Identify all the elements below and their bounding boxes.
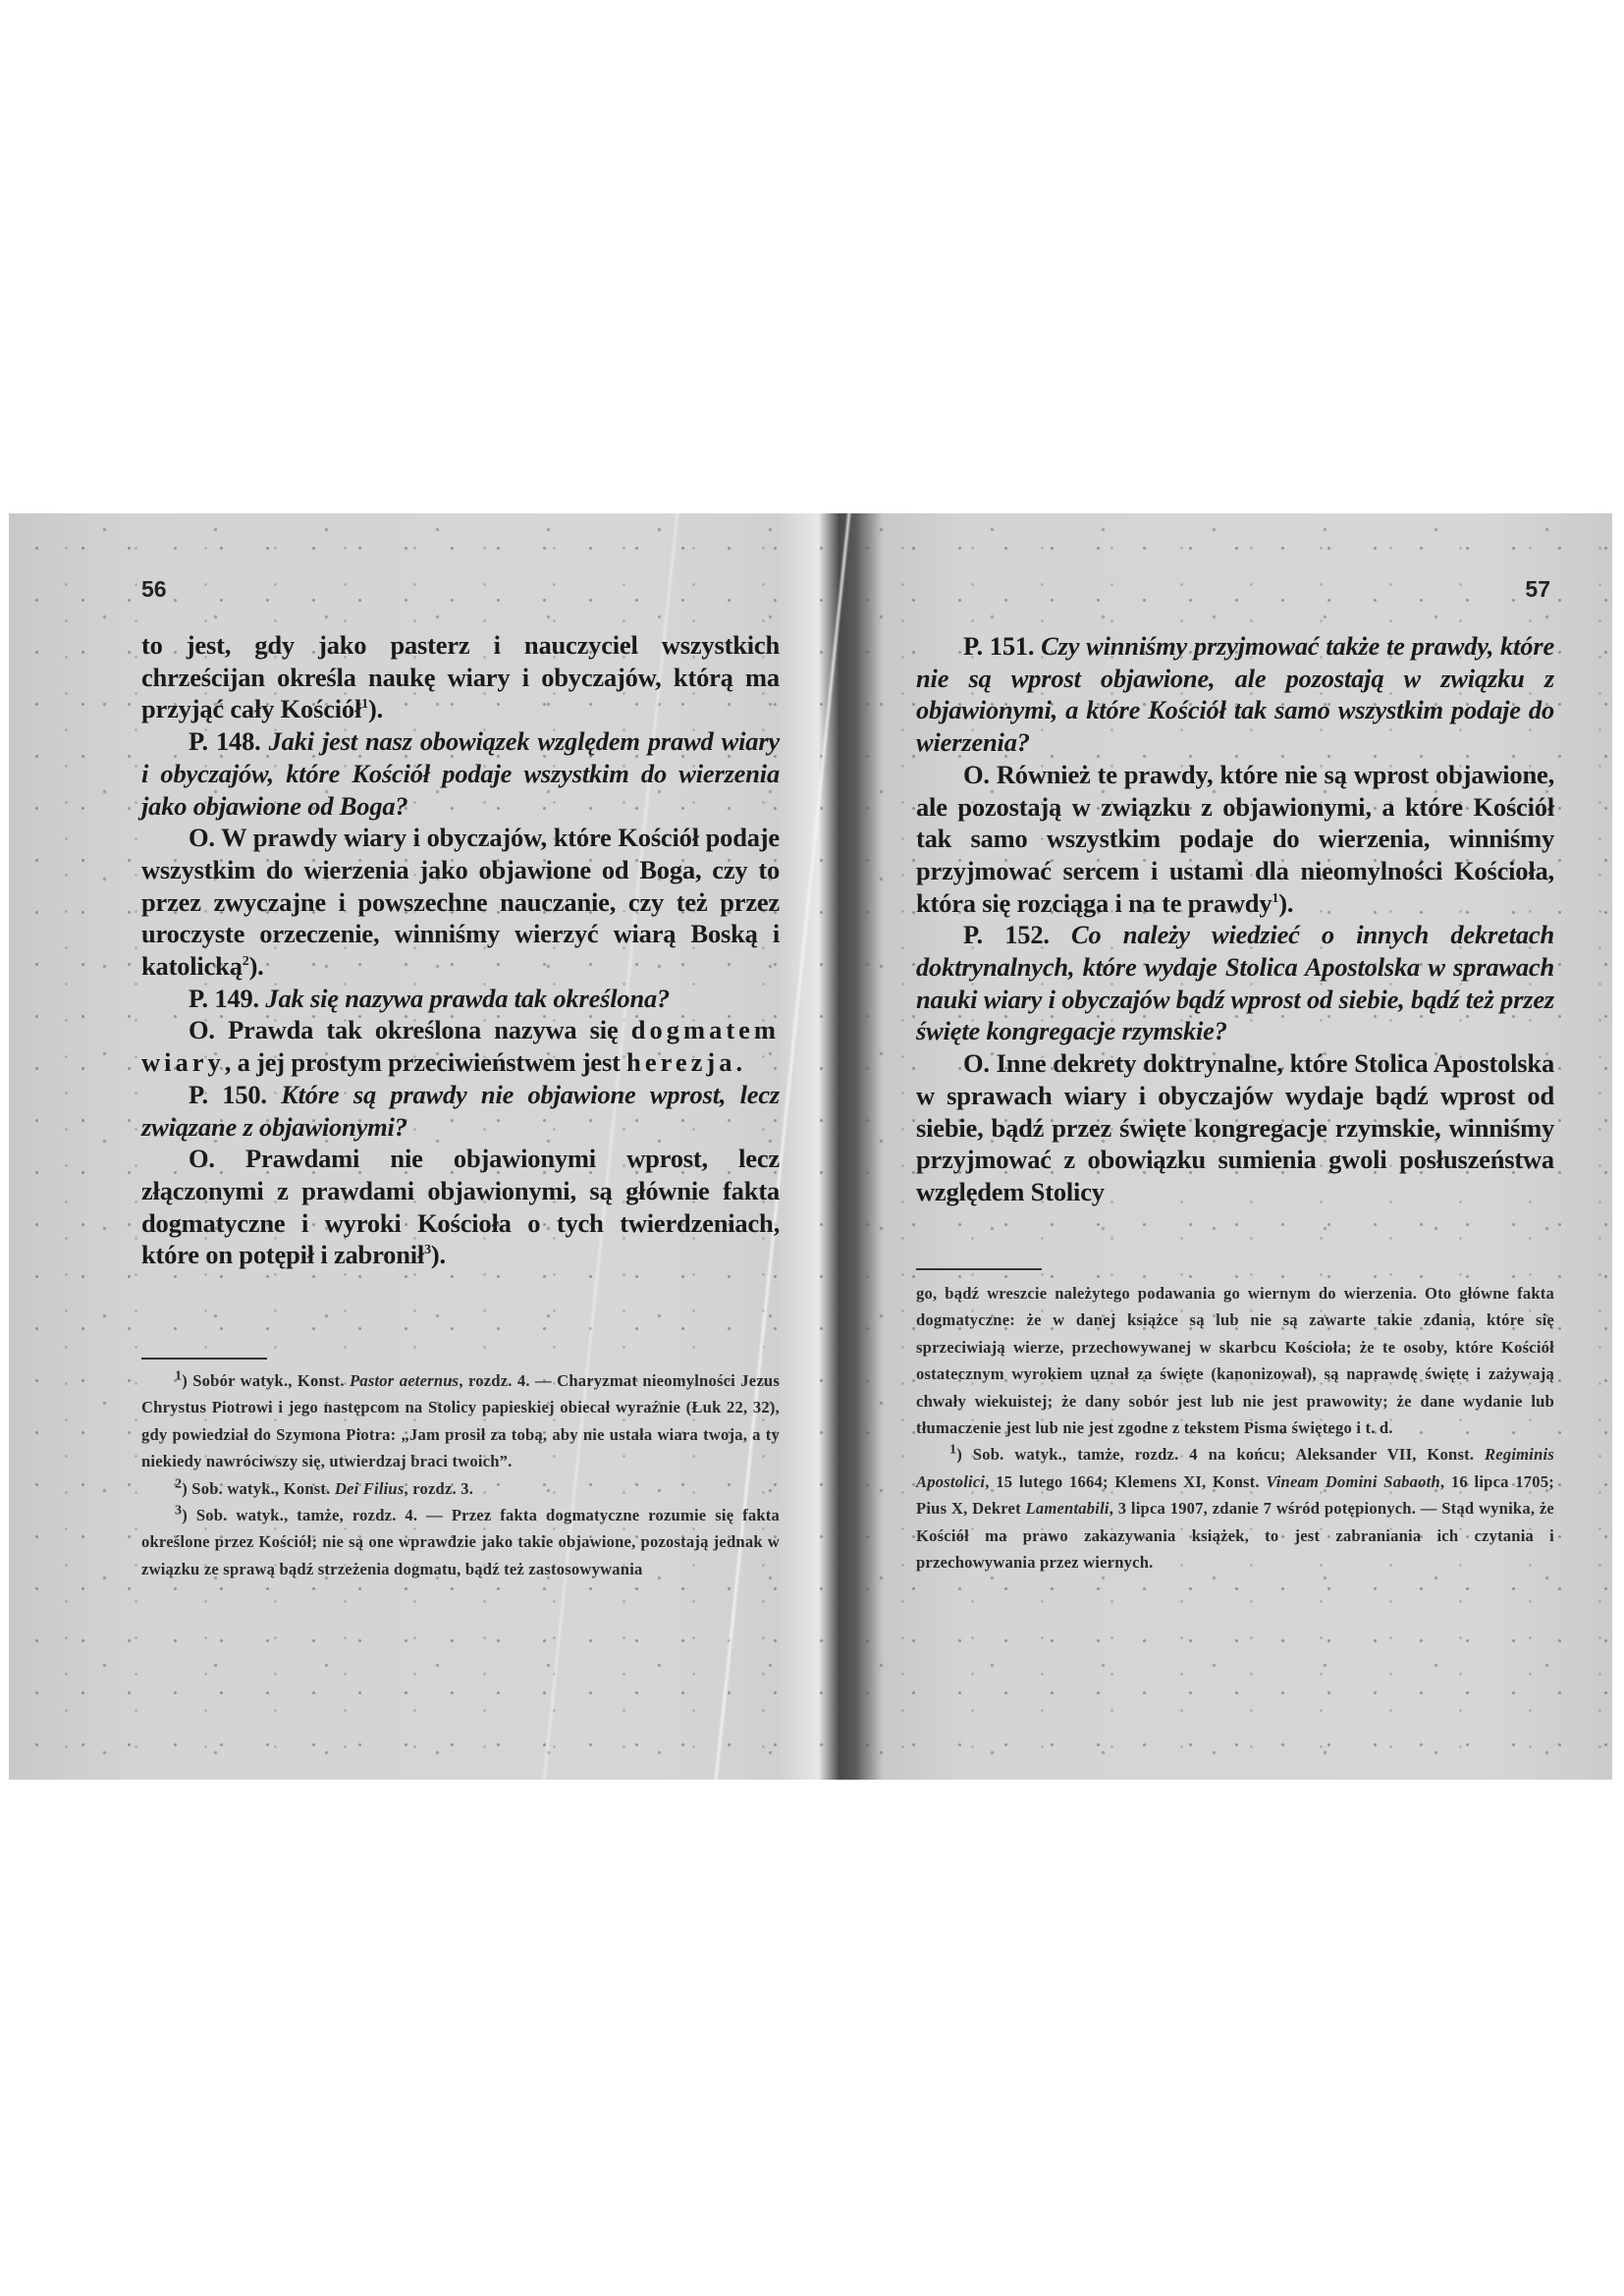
paragraph-text: O. W prawdy wiary i obyczajów, które Koś… <box>141 823 780 981</box>
cited-title: Vineam Domini Sabaoth <box>1266 1472 1440 1491</box>
footnote: 3) Sob. watyk., tamże, rozdz. 4. — Przez… <box>141 1502 780 1582</box>
answer-paragraph: O. Prawdami nie objawionymi wprost, lecz… <box>141 1143 780 1271</box>
answer-paragraph: to jest, gdy jako pasterz i nauczyciel w… <box>141 629 780 725</box>
answer-paragraph: O. Inne dekrety doktrynalne, które Stoli… <box>916 1047 1554 1208</box>
footnote-marker: 3 <box>175 1504 182 1519</box>
left-page: 56 to jest, gdy jako pasterz i nauczycie… <box>141 513 780 1780</box>
question-number: P. 152. <box>963 920 1071 949</box>
paragraph-text: O. Inne dekrety doktrynalne, które Stoli… <box>916 1048 1554 1206</box>
footnote-marker: 1 <box>949 1443 956 1458</box>
left-footnotes: 1) Sobór watyk., Konst. Pastor aeternus,… <box>141 1367 780 1582</box>
right-page: 57 P. 151. Czy winniśmy przyjmować także… <box>916 513 1554 1780</box>
footnote-ref: 2 <box>243 954 249 969</box>
footnote-separator-right <box>916 1268 1042 1270</box>
footnote-marker: 1 <box>175 1368 182 1383</box>
footnote: 1) Sobór watyk., Konst. Pastor aeternus,… <box>141 1367 780 1475</box>
question-number: P. 148. <box>189 726 269 756</box>
book-scan-spread: 56 to jest, gdy jako pasterz i nauczycie… <box>9 513 1612 1780</box>
question-paragraph: P. 151. Czy winniśmy przyjmować także te… <box>916 630 1554 759</box>
question-text: Jak się nazywa prawda tak określona? <box>265 984 670 1013</box>
question-paragraph: P. 148. Jaki jest nasz obowiązek względe… <box>141 725 780 822</box>
answer-paragraph: O. Również te prawdy, które nie są wpros… <box>916 759 1554 920</box>
left-body-text: to jest, gdy jako pasterz i nauczyciel w… <box>141 629 780 1271</box>
paragraph-text: O. Prawdami nie objawionymi wprost, lecz… <box>141 1144 780 1269</box>
question-number: P. 151. <box>963 631 1041 661</box>
question-paragraph: P. 149. Jak się nazywa prawda tak określ… <box>141 983 780 1015</box>
page-number-left: 56 <box>141 576 167 603</box>
footnote-continuation: go, bądź wreszcie należytego podawania g… <box>916 1280 1554 1441</box>
answer-paragraph: O. W prawdy wiary i obyczajów, które Koś… <box>141 822 780 983</box>
question-paragraph: P. 150. Które są prawdy nie objawione wp… <box>141 1079 780 1143</box>
footnote-separator-left <box>141 1358 267 1360</box>
cited-title: Lamentabili <box>1026 1499 1110 1518</box>
footnote: 1) Sob. watyk., tamże, rozdz. 4 na końcu… <box>916 1441 1554 1575</box>
paragraph-text: O. Również te prawdy, które nie są wpros… <box>916 760 1554 918</box>
right-body-text: P. 151. Czy winniśmy przyjmować także te… <box>916 630 1554 1208</box>
page-number-right: 57 <box>1525 576 1550 603</box>
cited-title: Pastor aeternus <box>350 1371 459 1390</box>
footnote-marker: 2 <box>175 1476 182 1491</box>
cited-title: Dei Filius <box>335 1479 405 1498</box>
footnote-ref: 3 <box>424 1244 431 1258</box>
emphasized-term: herezja <box>626 1047 735 1077</box>
question-number: P. 149. <box>189 984 265 1013</box>
right-footnotes: go, bądź wreszcie należytego podawania g… <box>916 1280 1554 1575</box>
question-paragraph: P. 152. Co należy wiedzieć o innych dekr… <box>916 919 1554 1047</box>
question-number: P. 150. <box>189 1080 281 1109</box>
footnote: 2) Sob. watyk., Konst. Dei Filius, rozdz… <box>141 1475 780 1502</box>
paragraph-text: to jest, gdy jako pasterz i nauczyciel w… <box>141 630 780 723</box>
footnote-ref: 1 <box>361 698 368 713</box>
answer-paragraph: O. Prawda tak określona nazywa się dogma… <box>141 1014 780 1078</box>
footnote-ref: 1 <box>1272 891 1278 906</box>
cited-title: Regiminis Apostolici <box>916 1445 1554 1490</box>
